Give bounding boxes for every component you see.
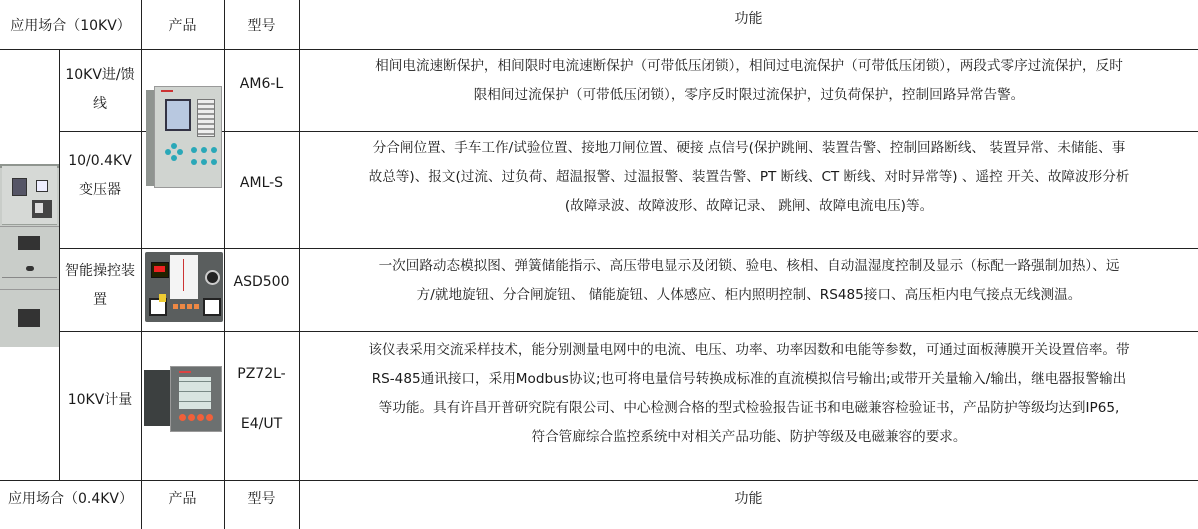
function-line: 符合管廊综合监控系统中对相关产品功能、防护等级及电磁兼容的要求。 (300, 423, 1198, 452)
row3-function: 一次回路动态模拟图、弹簧储能指示、高压带电显示及闭锁、验电、核相、自动温湿度控制… (300, 252, 1198, 328)
row3-application: 智能操控装 置 (59, 248, 141, 324)
model-line: PZ72L- (237, 349, 285, 399)
asd500-product-image (145, 252, 223, 322)
relay-lcd-screen (165, 99, 191, 131)
cabinet-controller (32, 200, 52, 218)
header-model-label: 型号 (248, 15, 276, 35)
relay-key (211, 159, 217, 165)
product-spec-table: 应用场合（10KV） 产品 型号 功能 10KV进/馈 线 AM6-L 相间电流… (0, 0, 1198, 529)
model-line: E4/UT (241, 399, 282, 449)
switchgear-cabinet-image (0, 164, 59, 347)
header-function-04kv: 功能 (299, 480, 1198, 516)
meter-button (188, 414, 195, 421)
header-product-label: 产品 (169, 488, 197, 508)
row2-application: 10/0.4KV 变压器 (59, 131, 141, 221)
header-model-label: 型号 (248, 488, 276, 508)
function-line: 限相间过流保护（可带低压闭锁），零序反时限过流保护，过负荷保护，控制回路异常告警… (300, 81, 1198, 110)
pz72-meter-product-image (144, 366, 222, 434)
relay-key (191, 147, 197, 153)
cabinet-window (18, 236, 40, 250)
relay-key (191, 159, 197, 165)
header-product-04kv: 产品 (141, 480, 224, 516)
cabinet-window (18, 309, 40, 327)
asd500-buttons (173, 304, 199, 309)
relay-key (165, 149, 171, 155)
row3-model: ASD500 (224, 248, 299, 316)
row-divider (0, 49, 1198, 50)
asd500-indicator (159, 294, 166, 302)
function-line: 故总等)、报文(过流、过负荷、超温报警、过温报警、装置告警、PT 断线、CT 断… (300, 163, 1198, 192)
function-line: 相间电流速断保护，相间限时电流速断保护（可带低压闭锁），相间过电流保护（可带低压… (300, 52, 1198, 81)
asd500-segment-display (151, 262, 169, 278)
row1-function: 相间电流速断保护，相间限时电流速断保护（可带低压闭锁），相间过电流保护（可带低压… (300, 52, 1198, 128)
model-label: ASD500 (234, 274, 290, 290)
function-line: (故障录波、故障波形、故障记录、 跳闸、故障电流电压)等。 (300, 192, 1198, 221)
header-application-10kv: 应用场合（10KV） (0, 0, 141, 49)
function-line: 该仪表采用交流采样技术，能分别测量电网中的电流、电压、功率、功率因数和电能等参数… (300, 336, 1198, 365)
asd500-knob (205, 270, 220, 285)
cabinet-instrument-panel (2, 166, 57, 225)
meter-button (179, 414, 186, 421)
application-line: 10KV计量 (68, 389, 133, 409)
application-line: 10/0.4KV (68, 147, 132, 176)
function-line: 方/就地旋钮、分合闸旋钮、 储能旋钮、人体感应、柜内照明控制、RS485接口、高… (300, 281, 1198, 310)
relay-front-panel (154, 86, 222, 188)
asd500-mimic-diagram (170, 255, 198, 299)
header-product-label: 产品 (169, 15, 197, 35)
relay-key (171, 155, 177, 161)
relay-indicator-leds (197, 99, 215, 137)
header-application-04kv: 应用场合（0.4KV） (0, 480, 141, 516)
cabinet-meter (36, 180, 48, 192)
relay-key (211, 147, 217, 153)
brand-logo (161, 90, 173, 92)
row2-model: AML-S (224, 131, 299, 235)
meter-button (206, 414, 213, 421)
application-line: 变压器 (79, 176, 121, 205)
relay-product-image (146, 86, 222, 190)
function-line: RS-485通讯接口，采用Modbus协议;也可将电量信号转换成标准的直流模拟信… (300, 365, 1198, 394)
row1-model: AM6-L (224, 49, 299, 119)
application-line: 置 (93, 286, 107, 315)
header-application-label: 应用场合（10KV） (10, 15, 131, 35)
asd500-rotary-switch (203, 298, 221, 316)
cabinet-handle (26, 266, 34, 271)
application-line: 智能操控装 (65, 257, 135, 286)
model-label: AM6-L (240, 76, 283, 92)
cabinet-display (12, 178, 27, 196)
header-model: 型号 (224, 0, 299, 49)
row2-function: 分合闸位置、手车工作/试验位置、接地刀闸位置、硬接 点信号(保护跳闸、装置告警、… (300, 134, 1198, 234)
header-function-label: 功能 (735, 488, 763, 508)
relay-key (177, 149, 183, 155)
meter-front-panel (170, 366, 222, 432)
row4-function: 该仪表采用交流采样技术，能分别测量电网中的电流、电压、功率、功率因数和电能等参数… (300, 336, 1198, 466)
model-label: AML-S (240, 175, 283, 191)
function-line: 一次回路动态模拟图、弹簧储能指示、高压带电显示及闭锁、验电、核相、自动温湿度控制… (300, 252, 1198, 281)
cabinet-separator (0, 226, 59, 227)
relay-key (201, 147, 207, 153)
application-line: 10KV进/馈 (65, 61, 134, 90)
application-line: 线 (93, 90, 107, 119)
meter-lcd-screen (179, 377, 211, 409)
row4-application: 10KV计量 (59, 331, 141, 466)
col-divider (141, 0, 142, 529)
header-model-04kv: 型号 (224, 480, 299, 516)
function-line: 等功能。具有许昌开普研究院有限公司、中心检测合格的型式检验报告证书和电磁兼容检验… (300, 394, 1198, 423)
cabinet-separator (0, 289, 59, 290)
cabinet-rail (2, 277, 57, 278)
header-function-label: 功能 (735, 8, 763, 28)
relay-key (171, 143, 177, 149)
header-function: 功能 (299, 0, 1198, 36)
brand-logo (179, 371, 191, 373)
function-line: 分合闸位置、手车工作/试验位置、接地刀闸位置、硬接 点信号(保护跳闸、装置告警、… (300, 134, 1198, 163)
relay-key (201, 159, 207, 165)
row1-application: 10KV进/馈 线 (59, 49, 141, 131)
header-product: 产品 (141, 0, 224, 49)
header-application-label: 应用场合（0.4KV） (8, 488, 133, 508)
row4-model: PZ72L- E4/UT (224, 331, 299, 466)
meter-button (197, 414, 204, 421)
